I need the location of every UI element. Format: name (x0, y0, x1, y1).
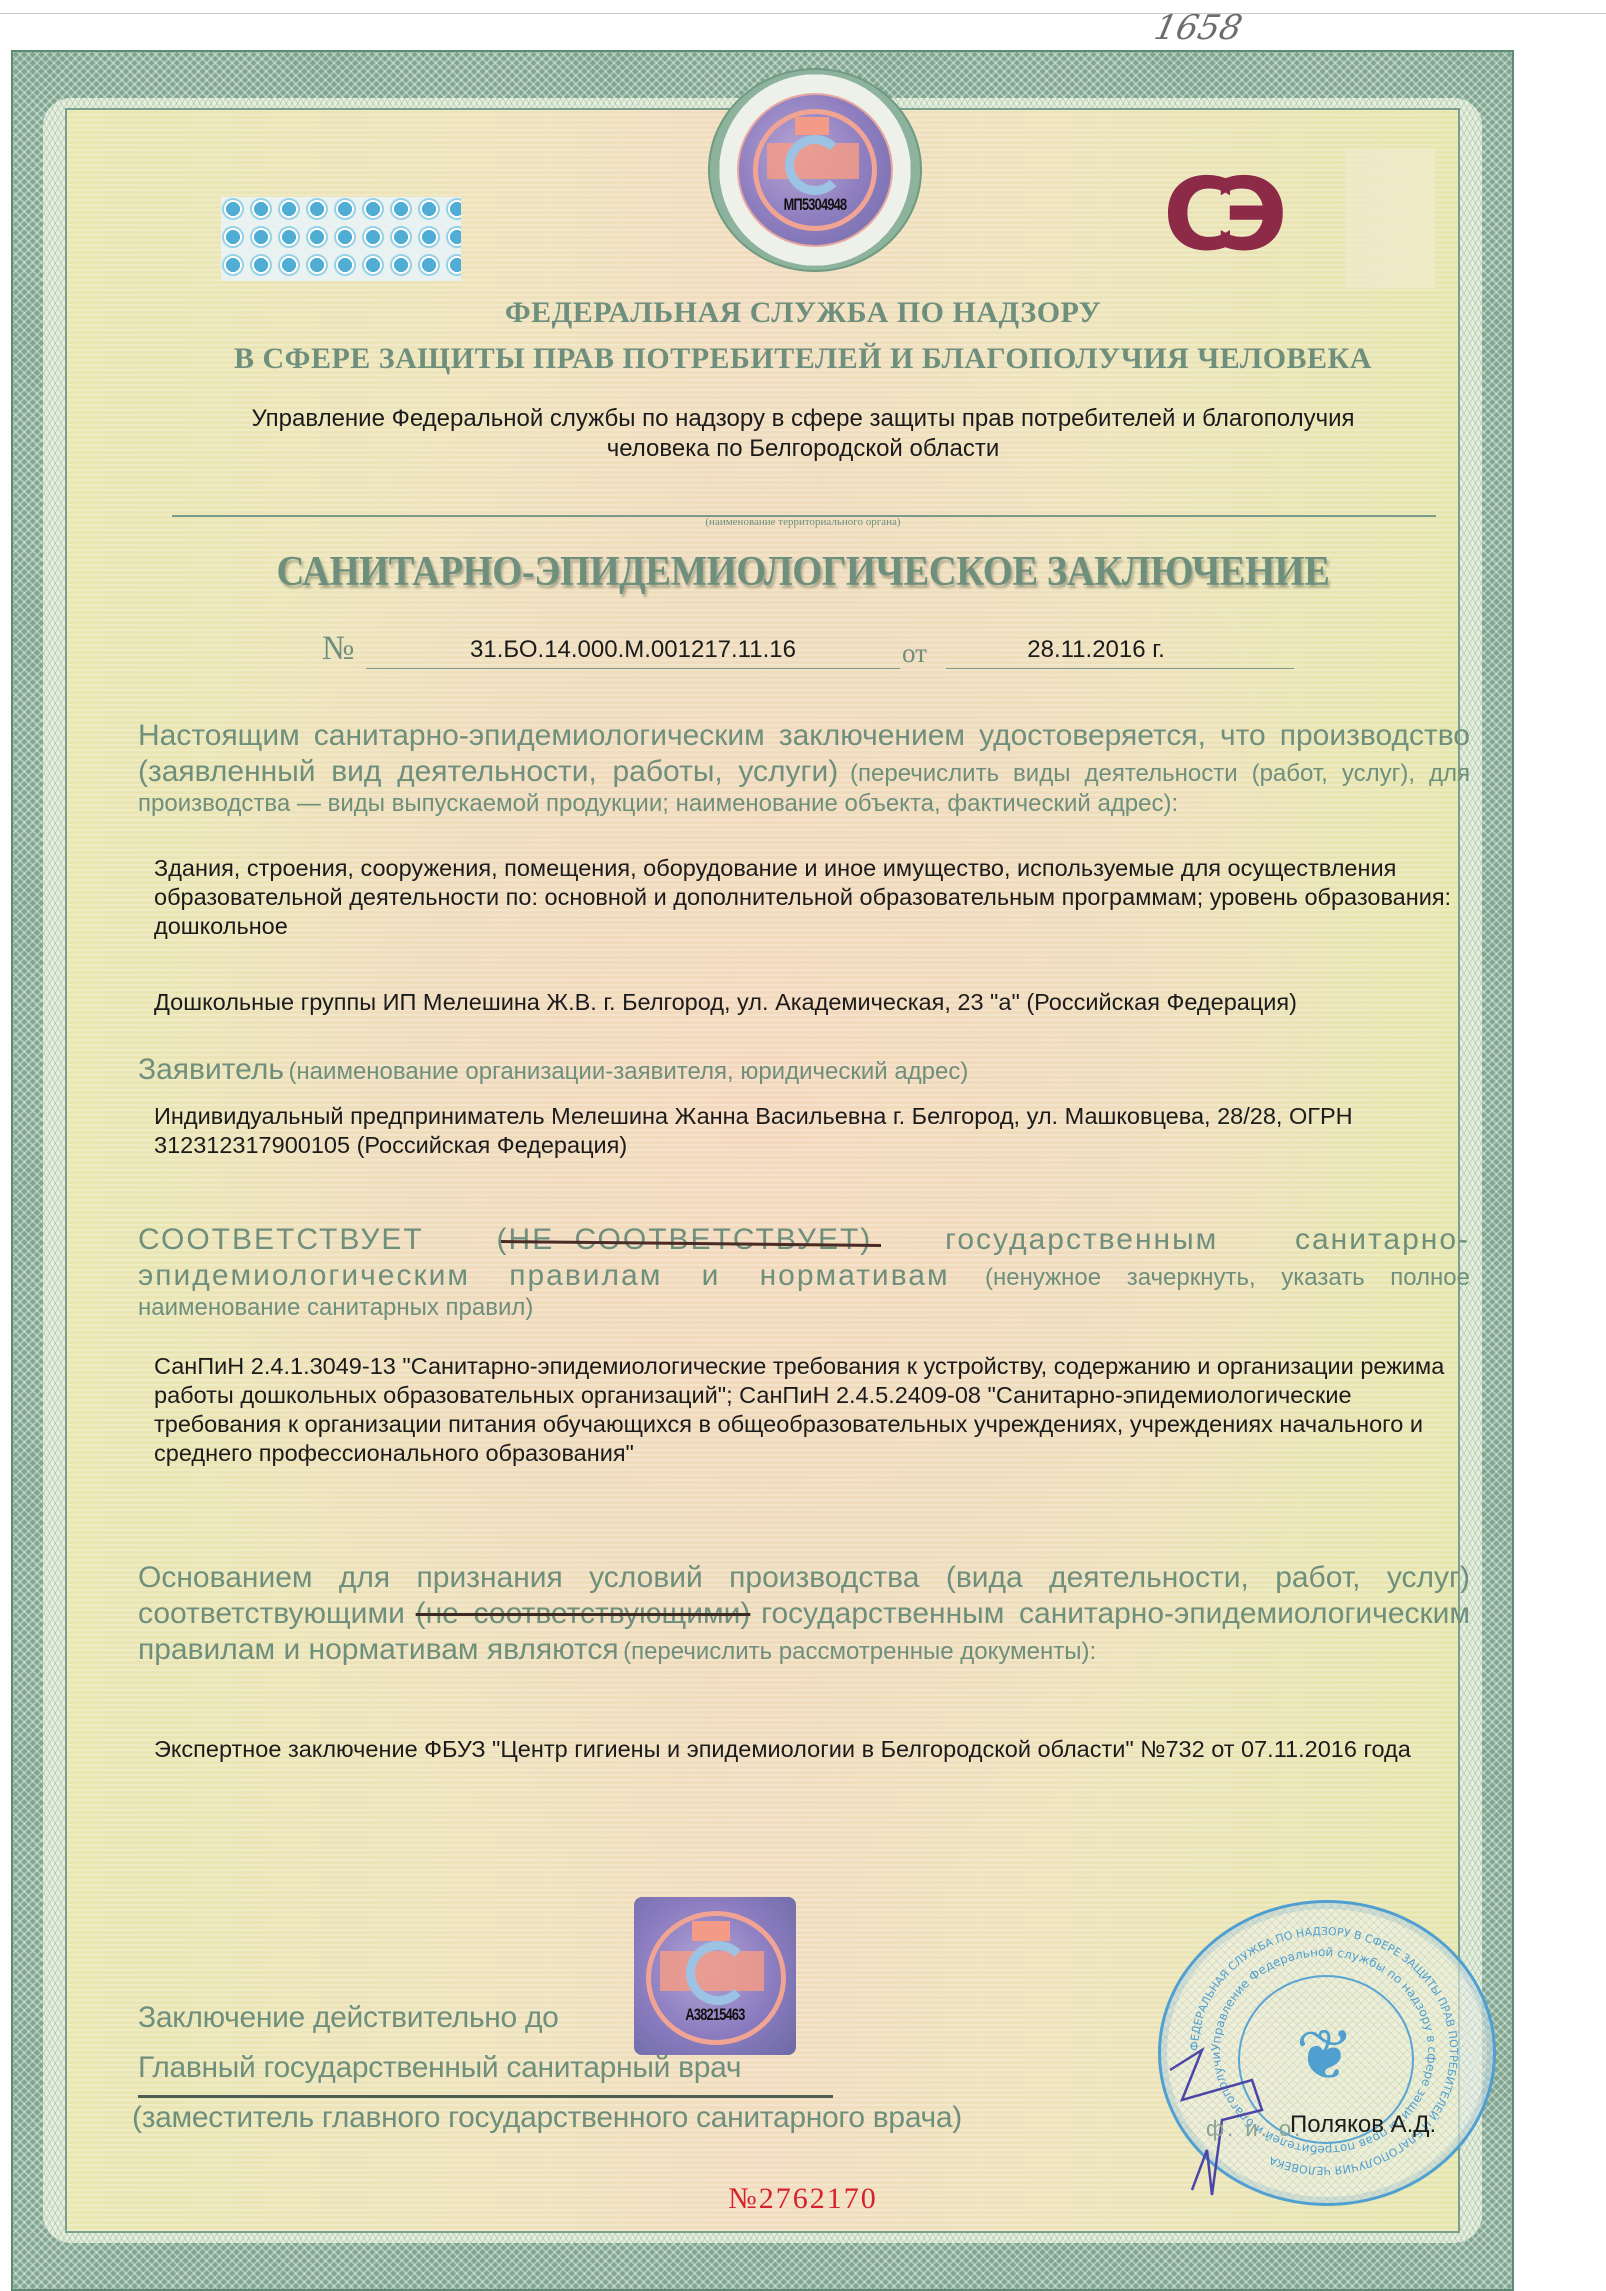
scan-top-edge (0, 13, 1606, 14)
se-logo-icon: СЭ (1163, 172, 1303, 258)
basis-hint: (перечислить рассмотренные документы): (623, 1638, 1096, 1665)
applicant-hint: (наименование организации-заявителя, юри… (288, 1058, 968, 1085)
fio-label: ф. и. о. (1206, 2116, 1303, 2142)
document-number-row: № 31.БО.14.000.М.001217.11.16 от 28.11.2… (0, 628, 1606, 678)
compliance-complies: СООТВЕТСТВУЕТ (138, 1223, 424, 1256)
date-underline (946, 668, 1294, 669)
territorial-body-line2: человека по Белгородской области (0, 434, 1606, 464)
basis-documents: Экспертное заключение ФБУЗ "Центр гигиен… (154, 1735, 1454, 1764)
agency-title-line2: В СФЕРЕ ЗАЩИТЫ ПРАВ ПОТРЕБИТЕЛЕЙ И БЛАГО… (0, 342, 1606, 376)
territorial-body: Управление Федеральной службы по надзору… (0, 404, 1606, 464)
number-sign-label: № (322, 630, 354, 668)
watermark-emblem-icon (1345, 148, 1435, 288)
document-date: 28.11.2016 г. (946, 636, 1246, 664)
double-headed-eagle-icon: ❦ (1280, 2010, 1370, 2100)
signer-name: Поляков А.Д. (1290, 2111, 1436, 2139)
blank-serial-number: №2762170 (0, 2182, 1606, 2216)
hologram-c-letter-icon (785, 135, 845, 195)
chief-doctor-title: Главный государственный санитарный врач (138, 2051, 741, 2085)
valid-until-label: Заключение действительно до (138, 2001, 559, 2035)
object-address: Дошкольные группы ИП Мелешина Ж.В. г. Бе… (154, 988, 1454, 1017)
top-hologram-serial: МП5304948 (758, 195, 872, 215)
bottom-hologram: А38215463 (634, 1897, 796, 2055)
bottom-hologram-serial: А38215463 (654, 2005, 776, 2025)
hologram-cross-icon (692, 1921, 730, 1941)
hologram-disc: МП5304948 (737, 93, 893, 247)
hologram-c-letter-icon (686, 1941, 750, 2005)
hologram-cross-icon (795, 117, 829, 135)
date-label: от (902, 638, 927, 669)
applicant-label: Заявитель (138, 1053, 284, 1086)
number-underline (366, 668, 900, 669)
document-title: САНИТАРНО-ЭПИДЕМИОЛОГИЧЕСКОЕ ЗАКЛЮЧЕНИЕ (64, 548, 1542, 596)
agency-title-line1: ФЕДЕРАЛЬНАЯ СЛУЖБА ПО НАДЗОРУ (0, 296, 1606, 330)
kinegram-strip-icon (221, 197, 461, 281)
territorial-body-line1: Управление Федеральной службы по надзору… (0, 404, 1606, 434)
applicant-heading: Заявитель (наименование организации-заяв… (138, 1052, 1470, 1088)
compliance-struck-option: (НЕ СООТВЕТСТВУЕТ) (497, 1222, 873, 1258)
compliance-statement: СООТВЕТСТВУЕТ (НЕ СООТВЕТСТВУЕТ) государ… (138, 1222, 1470, 1322)
certification-statement: Настоящим санитарно-эпидемиологическим з… (138, 718, 1470, 818)
applicant-value: Индивидуальный предприниматель Мелешина … (154, 1102, 1454, 1160)
top-hologram: МП5304948 (688, 68, 938, 268)
deputy-doctor-title: (заместитель главного государственного с… (132, 2101, 962, 2135)
basis-statement: Основанием для признания условий произво… (138, 1560, 1470, 1668)
territorial-caption: (наименование территориального органа) (0, 516, 1606, 528)
sanitary-rules: СанПиН 2.4.1.3049-13 "Санитарно-эпидемио… (154, 1352, 1454, 1468)
basis-struck-option: (не соответствующими) (416, 1597, 751, 1630)
document-number: 31.БО.14.000.М.001217.11.16 (366, 636, 900, 664)
activity-description: Здания, строения, сооружения, помещения,… (154, 854, 1454, 941)
chief-title-underline (138, 2095, 833, 2098)
handwritten-page-number: 1658 (1151, 8, 1246, 48)
